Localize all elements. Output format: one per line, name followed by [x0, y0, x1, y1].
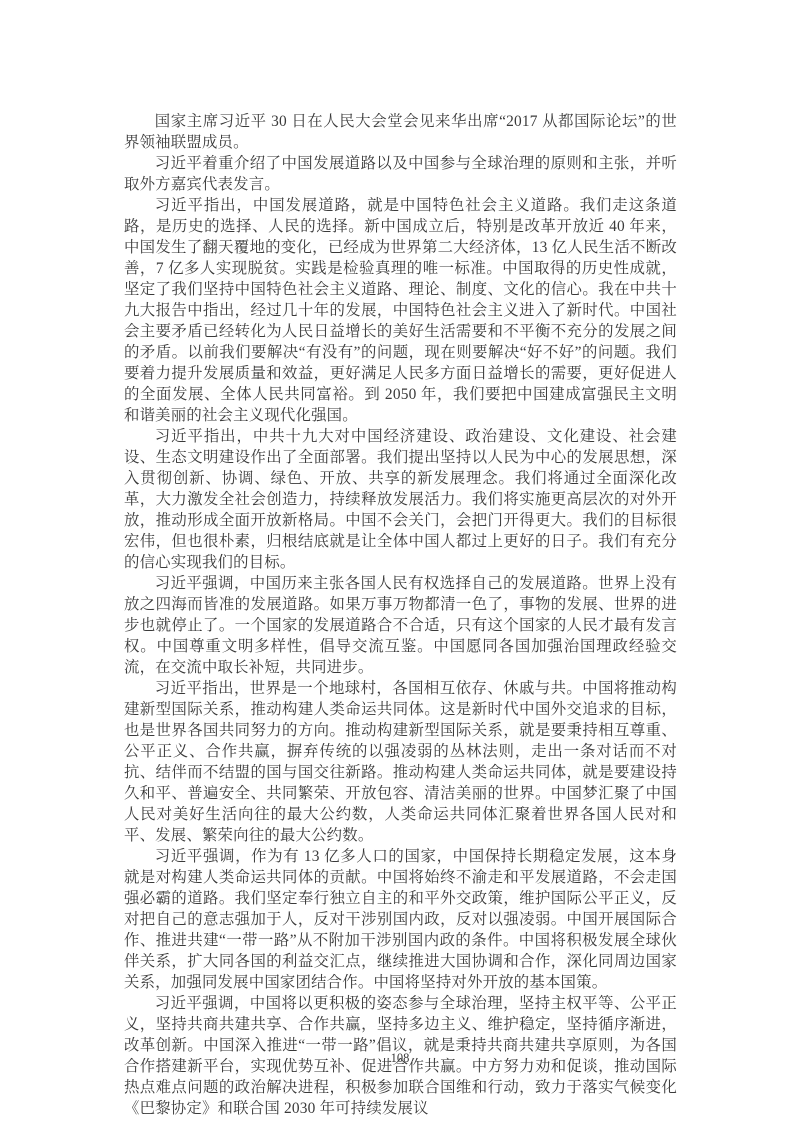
document-page: 国家主席习近平 30 日在人民大会堂会见来华出席“2017 从都国际论坛”的世界… [0, 0, 800, 1133]
paragraph-4: 习近平指出，中共十九大对中国经济建设、政治建设、文化建设、社会建设、生态文明建设… [124, 426, 677, 573]
paragraph-7: 习近平强调，作为有 13 亿多人口的国家，中国保持长期稳定发展，这本身就是对构建… [124, 846, 677, 993]
paragraph-2: 习近平着重介绍了中国发展道路以及中国参与全球治理的原则和主张，并听取外方嘉宾代表… [124, 153, 677, 195]
paragraph-6: 习近平指出，世界是一个地球村，各国相互依存、休戚与共。中国将推动构建新型国际关系… [124, 678, 677, 846]
paragraph-1: 国家主席习近平 30 日在人民大会堂会见来华出席“2017 从都国际论坛”的世界… [124, 111, 677, 153]
paragraph-3: 习近平指出，中国发展道路，就是中国特色社会主义道路。我们走这条道路，是历史的选择… [124, 195, 677, 426]
document-body: 国家主席习近平 30 日在人民大会堂会见来华出席“2017 从都国际论坛”的世界… [124, 111, 677, 1119]
page-number: 108 [0, 1050, 800, 1066]
paragraph-5: 习近平强调，中国历来主张各国人民有权选择自己的发展道路。世界上没有放之四海而皆准… [124, 573, 677, 678]
